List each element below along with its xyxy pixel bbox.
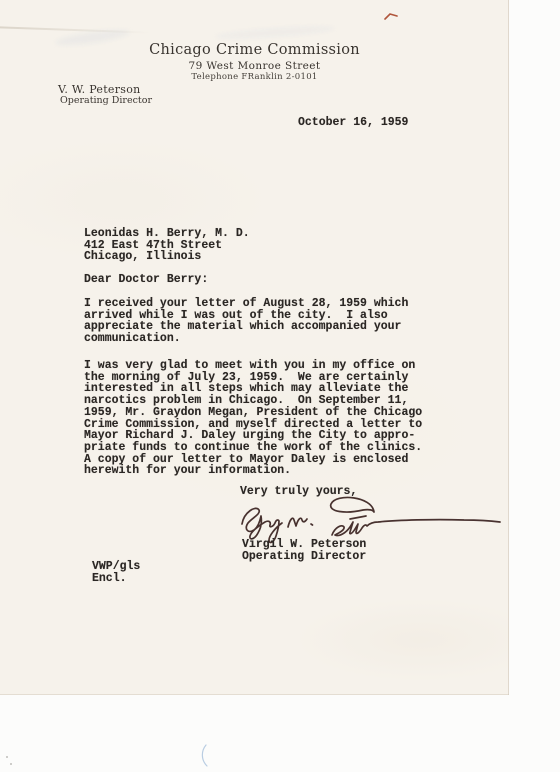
letter-scan: Chicago Crime Commission 79 West Monroe … bbox=[0, 0, 560, 772]
blue-pen-mark bbox=[198, 744, 212, 768]
body-paragraph-1: I received your letter of August 28, 195… bbox=[84, 298, 424, 345]
letterhead-officer-title: Operating Director bbox=[60, 95, 152, 106]
recipient-name: Leonidas H. Berry, M. D. bbox=[84, 228, 250, 240]
enclosure-note: Encl. bbox=[92, 573, 140, 585]
letterhead-organization: Chicago Crime Commission bbox=[0, 42, 509, 58]
signed-title: Operating Director bbox=[242, 551, 366, 563]
letterhead-address: 79 West Monroe Street bbox=[0, 60, 509, 72]
typist-initials: VWP/gls bbox=[92, 561, 140, 573]
letter-date: October 16, 1959 bbox=[298, 117, 408, 129]
letterhead-telephone: Telephone FRanklin 2-0101 bbox=[0, 72, 509, 82]
signed-name: Virgil W. Peterson bbox=[242, 539, 366, 551]
red-pen-mark bbox=[384, 11, 400, 21]
reference-block: VWP/gls Encl. bbox=[92, 561, 140, 584]
recipient-address-line2: Chicago, Illinois bbox=[84, 251, 250, 263]
body-paragraph-2: I was very glad to meet with you in my o… bbox=[84, 360, 429, 477]
signature-strokes bbox=[242, 497, 500, 542]
scan-speck bbox=[10, 763, 12, 765]
recipient-block: Leonidas H. Berry, M. D. 412 East 47th S… bbox=[84, 228, 250, 263]
scan-speck bbox=[6, 756, 8, 758]
salutation: Dear Doctor Berry: bbox=[84, 274, 208, 286]
